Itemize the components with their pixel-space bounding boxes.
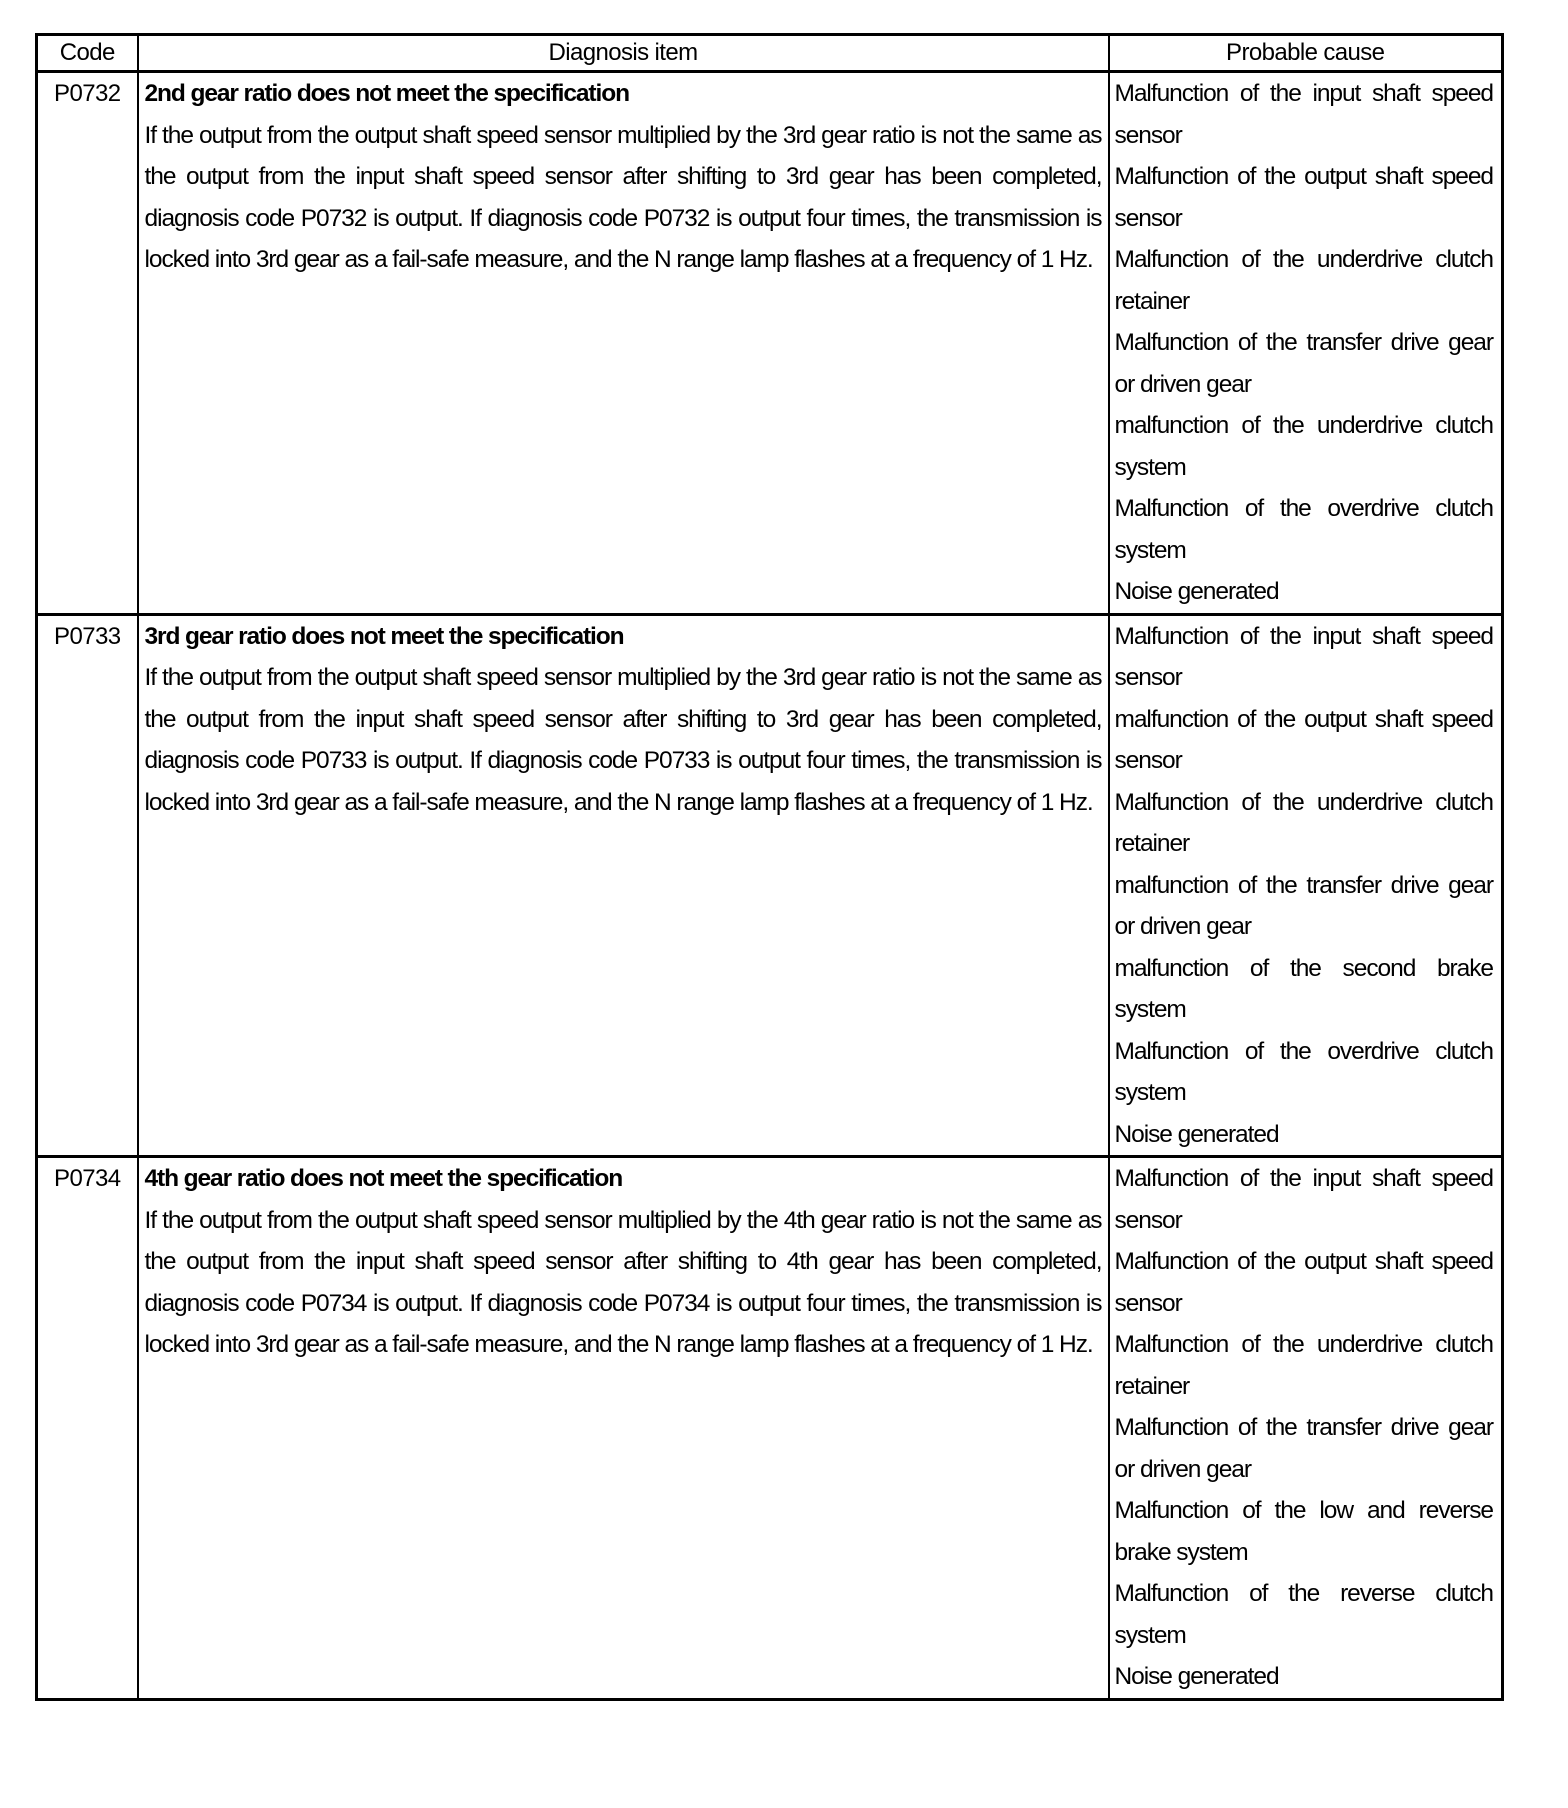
header-probable-cause: Probable cause xyxy=(1109,35,1503,72)
cause-item: Malfunction of the low and reverse brake… xyxy=(1115,1490,1494,1573)
diagnosis-description: If the output from the output shaft spee… xyxy=(145,115,1102,281)
diagnosis-item: 4th gear ratio does not meet the specifi… xyxy=(138,1157,1109,1700)
diagnosis-title: 3rd gear ratio does not meet the specifi… xyxy=(145,616,1102,658)
table-row: P0732 2nd gear ratio does not meet the s… xyxy=(37,72,1503,615)
cause-item: Malfunction of the output shaft speed se… xyxy=(1115,1241,1494,1324)
cause-item: Noise generated xyxy=(1115,1656,1494,1698)
cause-item: Noise generated xyxy=(1115,571,1494,613)
diagnosis-title: 4th gear ratio does not meet the specifi… xyxy=(145,1158,1102,1200)
cause-item: Malfunction of the overdrive clutch syst… xyxy=(1115,488,1494,571)
cause-item: Malfunction of the output shaft speed se… xyxy=(1115,156,1494,239)
cause-item: Malfunction of the input shaft speed sen… xyxy=(1115,73,1494,156)
diagnosis-code: P0732 xyxy=(37,72,138,615)
diagnosis-title: 2nd gear ratio does not meet the specifi… xyxy=(145,73,1102,115)
cause-item: Malfunction of the transfer drive gear o… xyxy=(1115,322,1494,405)
cause-item: Malfunction of the underdrive clutch ret… xyxy=(1115,239,1494,322)
probable-cause-list: Malfunction of the input shaft speed sen… xyxy=(1109,1157,1503,1700)
diagnosis-description: If the output from the output shaft spee… xyxy=(145,1200,1102,1366)
diagnosis-code: P0734 xyxy=(37,1157,138,1700)
diagnosis-description: If the output from the output shaft spee… xyxy=(145,657,1102,823)
header-code: Code xyxy=(37,35,138,72)
cause-item: malfunction of the second brake system xyxy=(1115,948,1494,1031)
cause-item: Malfunction of the underdrive clutch ret… xyxy=(1115,782,1494,865)
cause-item: malfunction of the underdrive clutch sys… xyxy=(1115,405,1494,488)
cause-item: Malfunction of the input shaft speed sen… xyxy=(1115,1158,1494,1241)
table-row: P0734 4th gear ratio does not meet the s… xyxy=(37,1157,1503,1700)
probable-cause-list: Malfunction of the input shaft speed sen… xyxy=(1109,614,1503,1157)
probable-cause-list: Malfunction of the input shaft speed sen… xyxy=(1109,72,1503,615)
cause-item: Malfunction of the overdrive clutch syst… xyxy=(1115,1031,1494,1114)
diagnosis-item: 3rd gear ratio does not meet the specifi… xyxy=(138,614,1109,1157)
cause-item: Malfunction of the underdrive clutch ret… xyxy=(1115,1324,1494,1407)
diagnosis-table: Code Diagnosis item Probable cause P0732… xyxy=(35,33,1504,1701)
cause-item: Noise generated xyxy=(1115,1114,1494,1156)
cause-item: Malfunction of the transfer drive gear o… xyxy=(1115,1407,1494,1490)
header-diagnosis-item: Diagnosis item xyxy=(138,35,1109,72)
table-header-row: Code Diagnosis item Probable cause xyxy=(37,35,1503,72)
cause-item: malfunction of the transfer drive gear o… xyxy=(1115,865,1494,948)
cause-item: Malfunction of the reverse clutch system xyxy=(1115,1573,1494,1656)
diagnosis-code: P0733 xyxy=(37,614,138,1157)
cause-item: malfunction of the output shaft speed se… xyxy=(1115,699,1494,782)
diagnosis-item: 2nd gear ratio does not meet the specifi… xyxy=(138,72,1109,615)
cause-item: Malfunction of the input shaft speed sen… xyxy=(1115,616,1494,699)
table-row: P0733 3rd gear ratio does not meet the s… xyxy=(37,614,1503,1157)
